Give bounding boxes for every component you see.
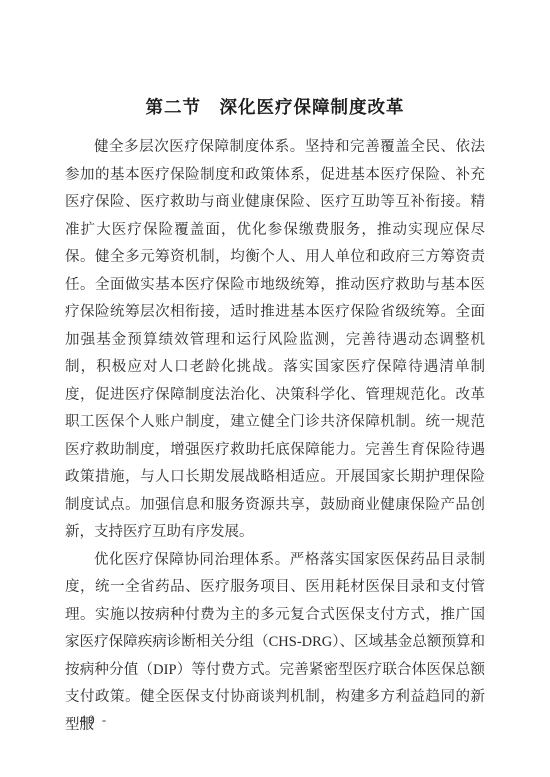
paragraph-2: 优化医疗保障协同治理体系。严格落实国家医保药品目录制度，统一全省药品、医疗服务项…: [65, 547, 485, 740]
paragraph-1: 健全多层次医疗保障制度体系。坚持和完善覆盖全民、依法参加的基本医疗保险制度和政策…: [65, 134, 485, 547]
document-page: 第二节 深化医疗保障制度改革 健全多层次医疗保障制度体系。坚持和完善覆盖全民、依…: [0, 0, 550, 777]
body-text: 健全多层次医疗保障制度体系。坚持和完善覆盖全民、依法参加的基本医疗保险制度和政策…: [65, 134, 485, 739]
page-number: - 40 -: [68, 712, 108, 728]
section-title: 第二节 深化医疗保障制度改革: [0, 0, 550, 120]
